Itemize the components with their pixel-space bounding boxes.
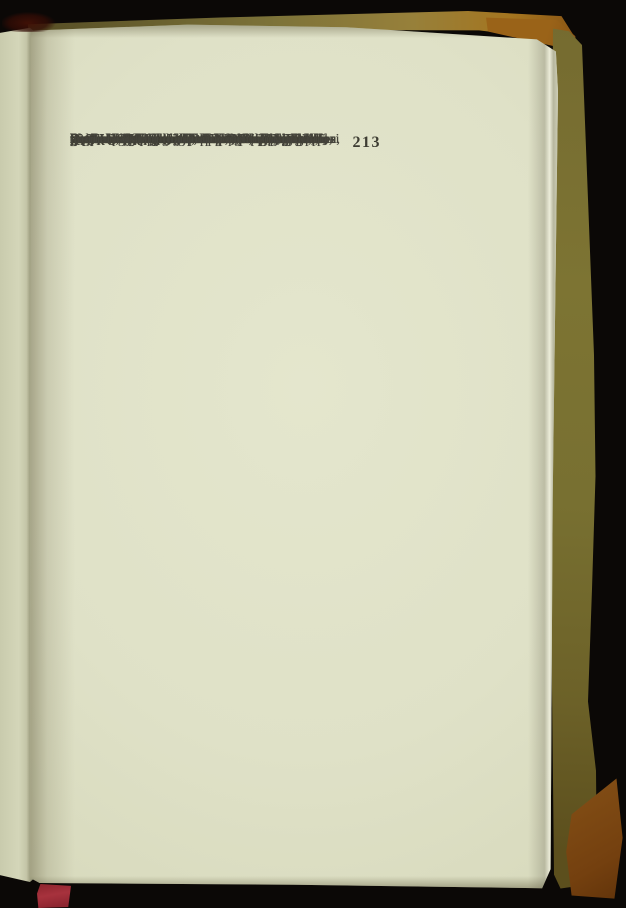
facing-page-edge bbox=[0, 26, 34, 882]
page-bottom-shadow bbox=[29, 876, 558, 890]
gutter-shadow bbox=[29, 22, 75, 890]
page-number: 213 bbox=[353, 132, 382, 153]
burn-mark bbox=[2, 12, 60, 32]
scanned-book-photo: LIBRO PRIMO. 213 tato , ed ordinò una co… bbox=[0, 0, 626, 908]
red-bookmark-tab bbox=[37, 884, 71, 908]
book-page: LIBRO PRIMO. 213 tato , ed ordinò una co… bbox=[29, 22, 558, 890]
text-line: la qual cosa prima ritardò la loro vitto… bbox=[70, 132, 326, 149]
